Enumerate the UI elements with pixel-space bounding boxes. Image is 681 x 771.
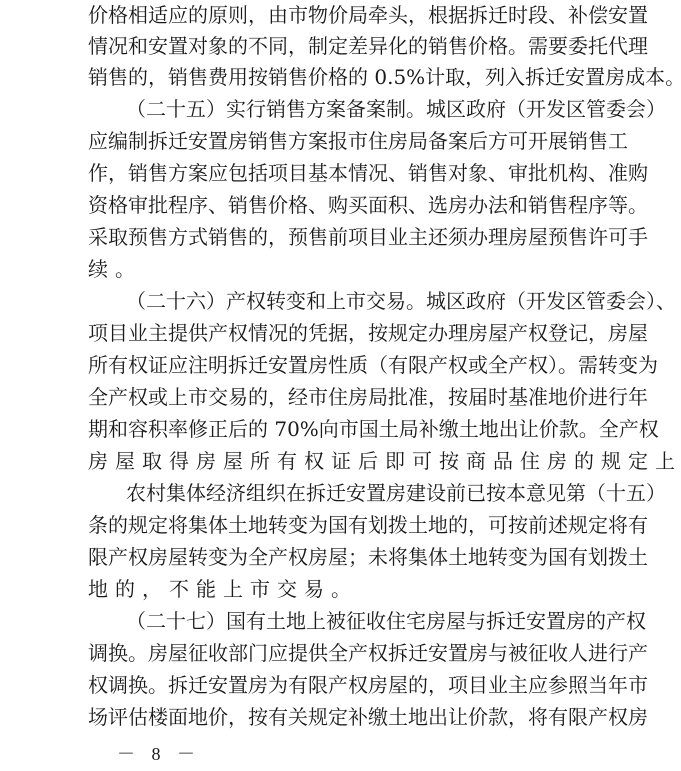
section-26-heading-line: （二十六）产权转变和上市交易。城区政府（开发区管委会）、	[126, 286, 608, 316]
text-line: 作，销售方案应包括项目基本情况、销售对象、审批机构、准购	[88, 158, 608, 188]
text-line: 销售的，销售费用按销售价格的 0.5%计取，列入拆迁安置房成本。	[88, 62, 608, 92]
text-line: 限产权房屋转变为全产权房屋；未将集体土地转变为国有划拨土	[88, 542, 608, 572]
section-27-heading-line: （二十七）国有土地上被征收住宅房屋与拆迁安置房的产权	[126, 606, 608, 636]
text-line: 续。	[88, 254, 608, 284]
text-line: 价格相适应的原则，由市物价局牵头，根据拆迁时段、补偿安置	[88, 0, 608, 30]
document-page: 价格相适应的原则，由市物价局牵头，根据拆迁时段、补偿安置 情况和安置对象的不同，…	[0, 0, 681, 771]
text-line: 场评估楼面地价，按有关规定补缴土地出让价款，将有限产权房	[88, 702, 608, 732]
section-25-heading-line: （二十五）实行销售方案备案制。城区政府（开发区管委会）	[126, 94, 608, 124]
text-line: 情况和安置对象的不同，制定差异化的销售价格。需要委托代理	[88, 31, 608, 61]
paragraph-first-line: 农村集体经济组织在拆迁安置房建设前已按本意见第（十五）	[126, 478, 608, 508]
text-line: 全产权或上市交易的，经市住房局批准，按届时基准地价进行年	[88, 382, 608, 412]
text-line: 房屋取得房屋所有权证后即可按商品住房的规定上市交易。	[88, 446, 608, 476]
text-line: 期和容积率修正后的 70%向市国土局补缴土地出让价款。全产权	[88, 414, 608, 444]
page-number: － 8 －	[117, 742, 201, 766]
text-line: 项目业主提供产权情况的凭据，按规定办理房屋产权登记，房屋	[88, 318, 608, 348]
text-line: 所有权证应注明拆迁安置房性质（有限产权或全产权）。需转变为	[88, 350, 608, 380]
text-line: 调换。房屋征收部门应提供全产权拆迁安置房与被征收人进行产	[88, 638, 608, 668]
text-line: 应编制拆迁安置房销售方案报市住房局备案后方可开展销售工	[88, 126, 608, 156]
text-line: 采取预售方式销售的，预售前项目业主还须办理房屋预售许可手	[88, 222, 608, 252]
text-line: 地的，不能上市交易。	[88, 574, 608, 604]
text-line: 资格审批程序、销售价格、购买面积、选房办法和销售程序等。	[88, 190, 608, 220]
text-line: 权调换。拆迁安置房为有限产权房屋的，项目业主应参照当年市	[88, 670, 608, 700]
text-line: 条的规定将集体土地转变为国有划拨土地的，可按前述规定将有	[88, 510, 608, 540]
